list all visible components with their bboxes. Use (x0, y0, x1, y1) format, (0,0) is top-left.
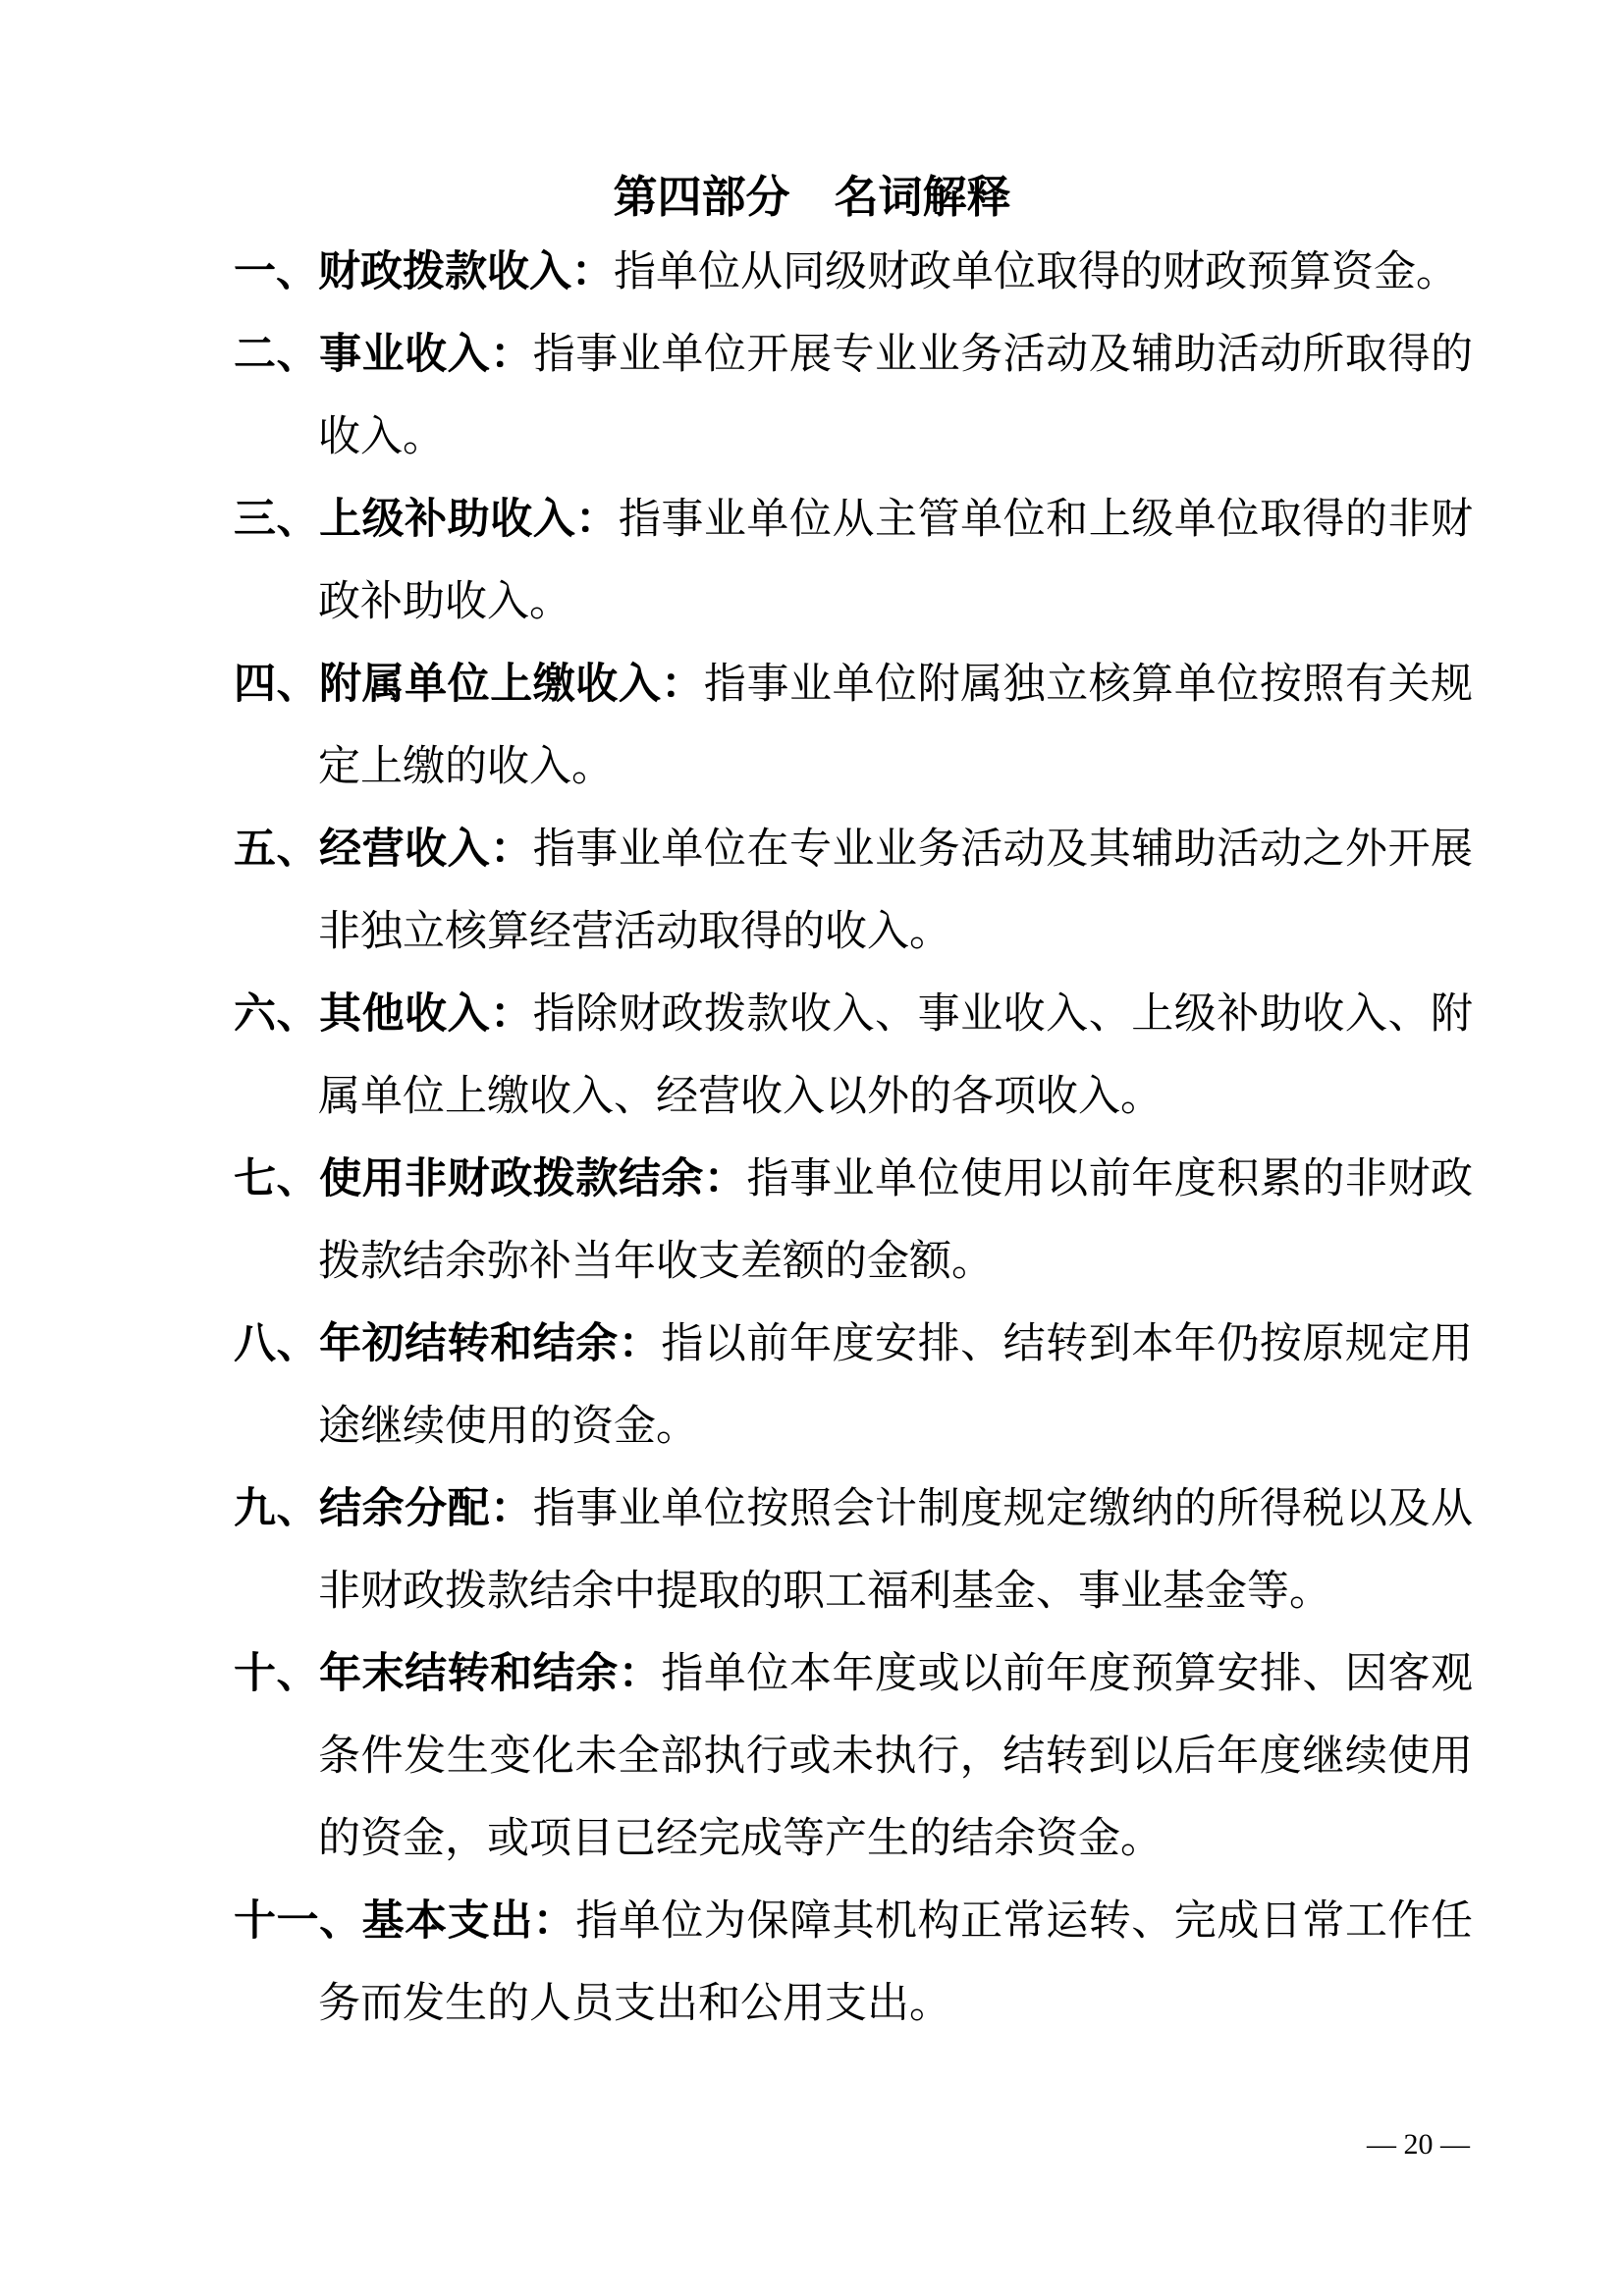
term-item: 二、事业收入：指事业单位开展专业业务活动及辅助活动所取得的收入。 (234, 314, 1473, 479)
term-definition: 指单位从同级财政单位取得的财政预算资金。 (614, 249, 1458, 295)
term-item: 四、附属单位上缴收入：指事业单位附属独立核算单位按照有关规定上缴的收入。 (234, 644, 1473, 809)
page-title: 第四部分 名词解释 (0, 175, 1624, 219)
page-number: — 20 — (1367, 2130, 1470, 2160)
term-label: 九、结余分配： (234, 1486, 533, 1532)
document-page: 第四部分 名词解释 一、财政拨款收入：指单位从同级财政单位取得的财政预算资金。 … (0, 0, 1624, 2296)
term-label: 四、附属单位上缴收入： (234, 662, 704, 708)
term-label: 六、其他收入： (234, 991, 533, 1038)
term-item: 十、年末结转和结余：指单位本年度或以前年度预算安排、因客观条件发生变化未全部执行… (234, 1633, 1473, 1881)
term-item: 九、结余分配：指事业单位按照会计制度规定缴纳的所得税以及从非财政拨款结余中提取的… (234, 1468, 1473, 1633)
term-item: 十一、基本支出：指单位为保障其机构正常运转、完成日常工作任务而发生的人员支出和公… (234, 1881, 1473, 2046)
term-item: 三、上级补助收入：指事业单位从主管单位和上级单位取得的非财政补助收入。 (234, 479, 1473, 644)
term-label: 十一、基本支出： (234, 1898, 575, 1945)
term-label: 二、事业收入： (234, 332, 533, 378)
term-label: 七、使用非财政拨款结余： (234, 1156, 746, 1202)
term-item: 五、经营收入：指事业单位在专业业务活动及其辅助活动之外开展非独立核算经营活动取得… (234, 809, 1473, 974)
term-label: 八、年初结转和结余： (234, 1321, 661, 1367)
term-item: 七、使用非财政拨款结余：指事业单位使用以前年度积累的非财政拨款结余弥补当年收支差… (234, 1139, 1473, 1304)
terms-list: 一、财政拨款收入：指单位从同级财政单位取得的财政预算资金。 二、事业收入：指事业… (234, 232, 1473, 2046)
term-item: 八、年初结转和结余：指以前年度安排、结转到本年仍按原规定用途继续使用的资金。 (234, 1304, 1473, 1468)
term-item: 六、其他收入：指除财政拨款收入、事业收入、上级补助收入、附属单位上缴收入、经营收… (234, 974, 1473, 1139)
term-label: 一、财政拨款收入： (234, 249, 614, 295)
term-label: 三、上级补助收入： (234, 497, 619, 543)
term-label: 五、经营收入： (234, 827, 533, 873)
term-label: 十、年末结转和结余： (234, 1651, 661, 1697)
term-item: 一、财政拨款收入：指单位从同级财政单位取得的财政预算资金。 (234, 232, 1473, 314)
